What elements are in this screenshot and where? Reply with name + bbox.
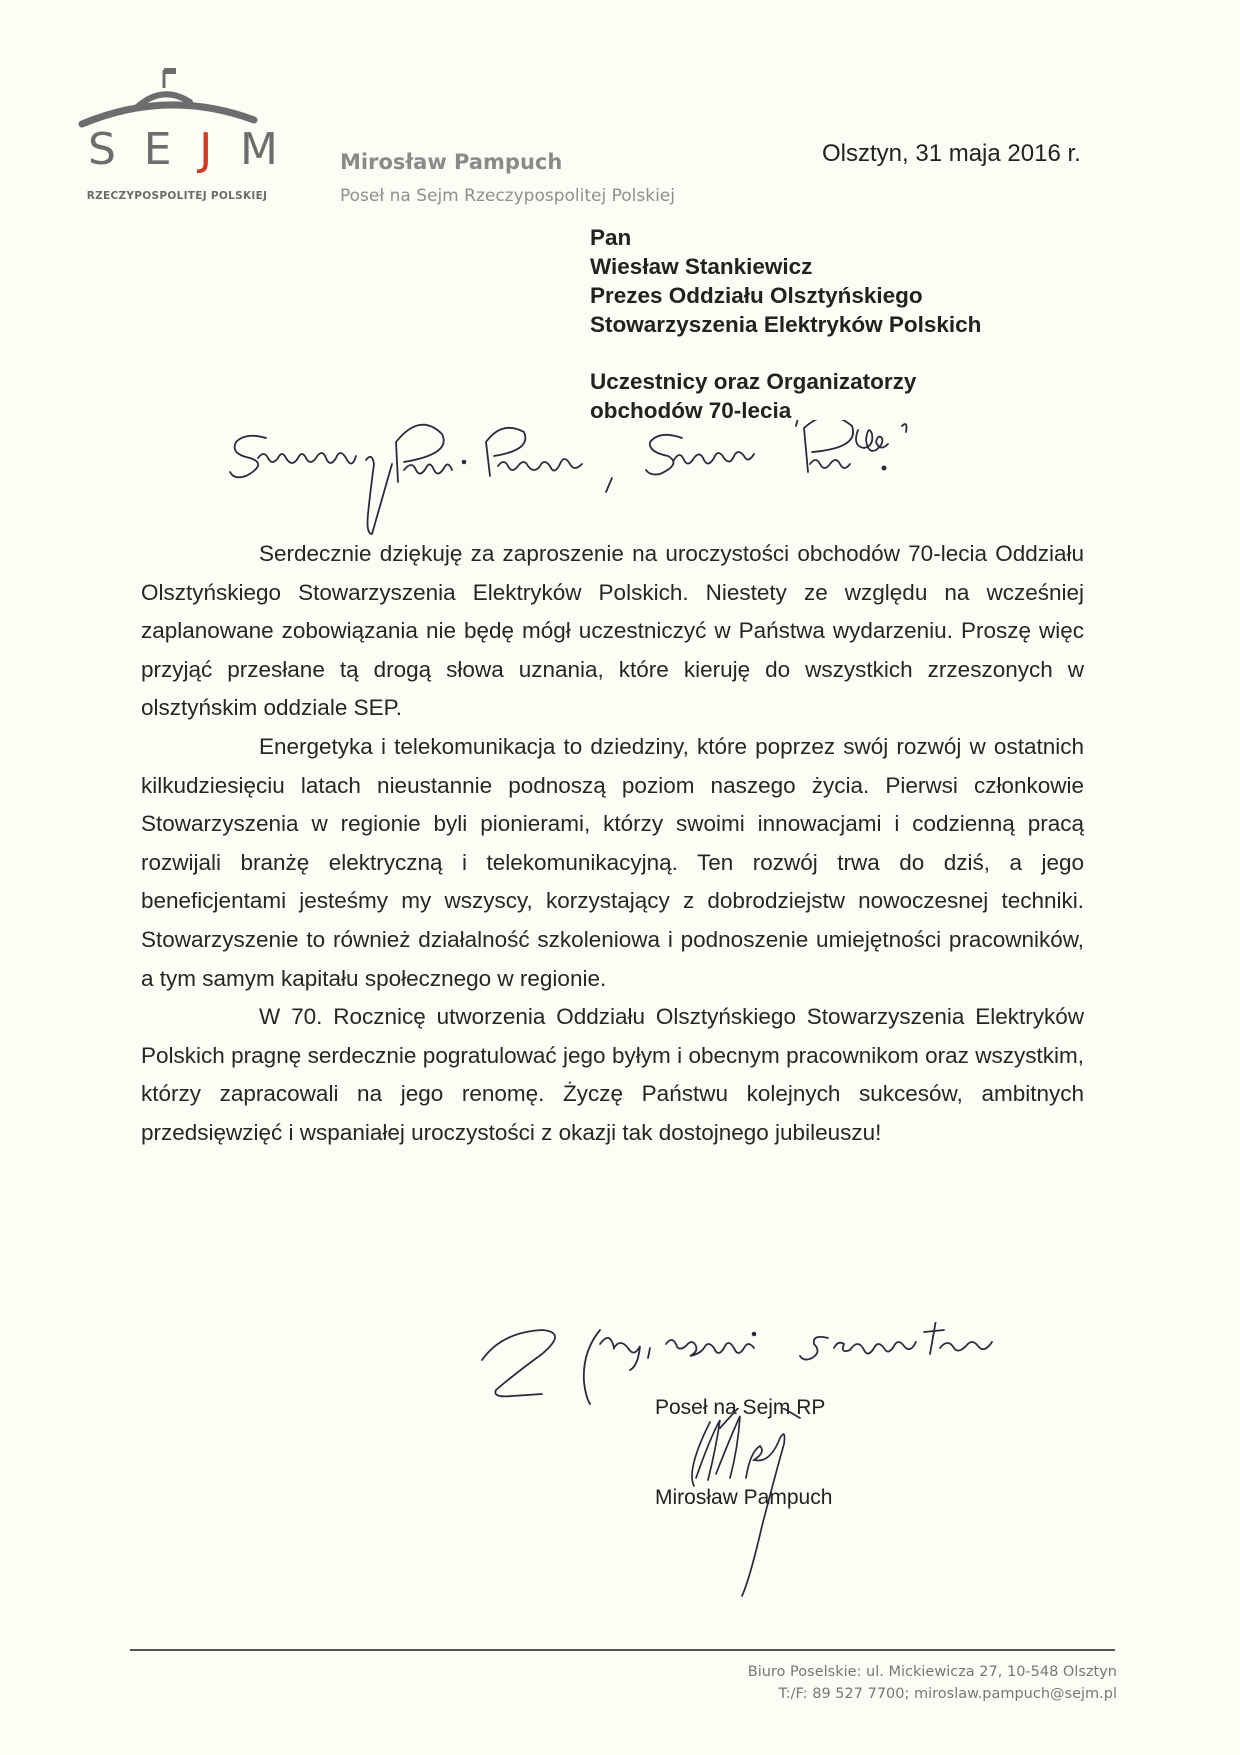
signature-name: Mirosław Pampuch [655,1486,832,1510]
recipient-line: Wiesław Stankiewicz [590,252,981,281]
handwritten-salutation: Szanowny Panie Prezesie, Szanowni Państw… [228,420,1128,540]
sender-title: Poseł na Sejm Rzeczypospolitej Polskiej [340,186,675,206]
sender-name: Mirosław Pampuch [340,150,562,174]
footer-address: Biuro Poselskie: ul. Mickiewicza 27, 10-… [748,1661,1117,1683]
sejm-logo: S E J M RZECZYPOSPOLITEJ POLSKIEJ [78,62,278,212]
logo-letter: E [144,124,172,175]
logo-wordmark: S E J M [88,124,278,175]
body-paragraph: Serdecznie dziękuję za zaproszenie na ur… [141,535,1084,728]
footer-divider [130,1649,1115,1651]
recipient-block: Pan Wiesław Stankiewicz Prezes Oddziału … [590,223,981,339]
logo-subtitle: RZECZYPOSPOLITEJ POLSKIEJ [72,190,282,202]
footer-contact: Biuro Poselskie: ul. Mickiewicza 27, 10-… [748,1661,1117,1705]
recipient-line: Pan [590,223,981,252]
audience-block: Uczestnicy oraz Organizatorzy obchodów 7… [590,367,916,425]
recipient-line: Prezes Oddziału Olsztyńskiego [590,281,981,310]
letter-body: Serdecznie dziękuję za zaproszenie na ur… [141,535,1084,1153]
body-paragraph: Energetyka i telekomunikacja to dziedzin… [141,728,1084,998]
logo-letter: M [240,124,278,175]
date-line: Olsztyn, 31 maja 2016 r. [822,140,1081,168]
body-paragraph: W 70. Rocznicę utworzenia Oddziału Olszt… [141,998,1084,1152]
audience-line: Uczestnicy oraz Organizatorzy [590,367,916,396]
logo-letter: S [88,124,116,175]
recipient-line: Stowarzyszenia Elektryków Polskich [590,310,981,339]
footer-contact-line: T:/F: 89 527 7700; miroslaw.pampuch@sejm… [748,1683,1117,1705]
logo-letter-accent: J [199,124,212,175]
